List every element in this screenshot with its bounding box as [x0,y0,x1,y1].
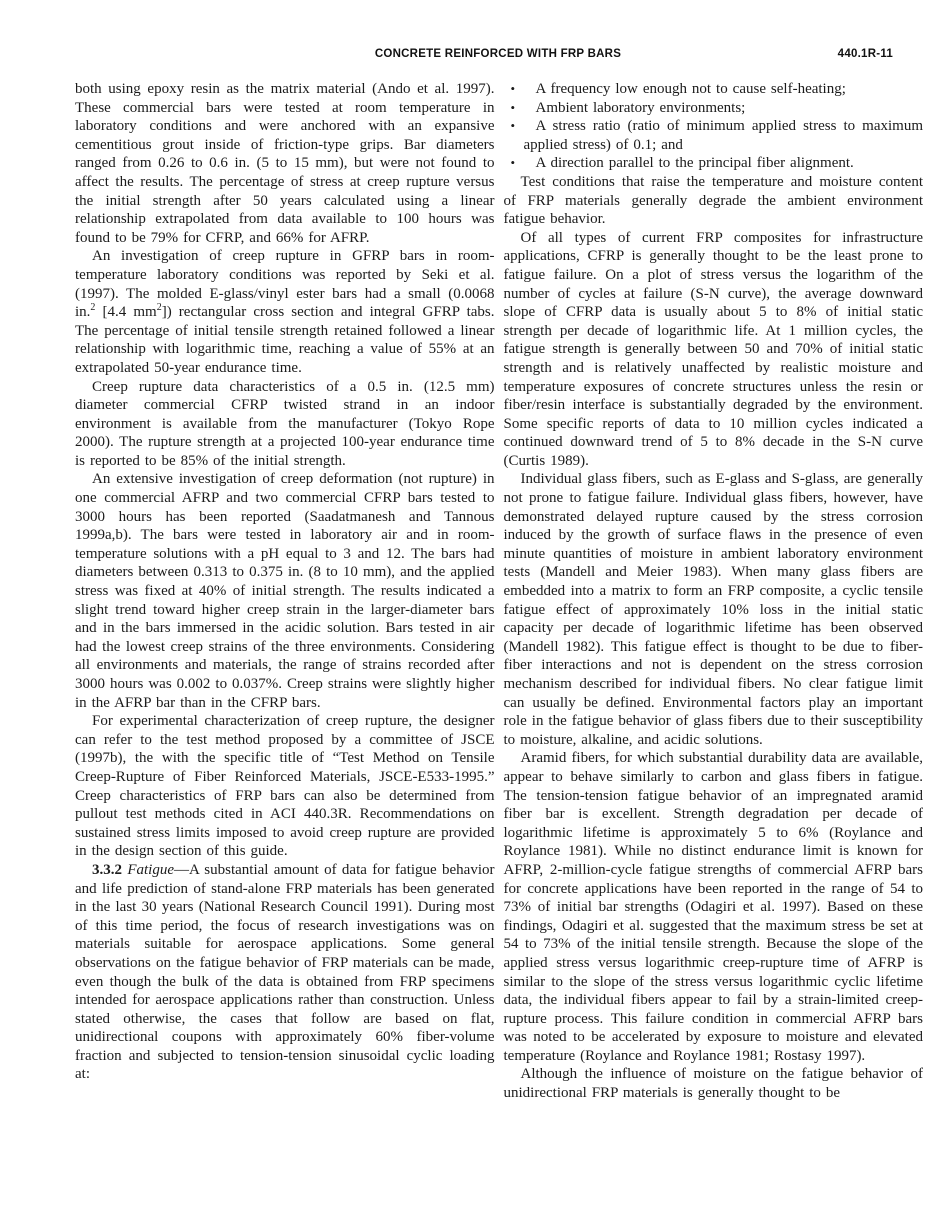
list-item-text: A stress ratio (ratio of minimum applied… [524,118,924,153]
left-column: both using epoxy resin as the matrix mat… [75,80,495,1103]
paragraph-cfrp-twisted-strand: Creep rupture data characteristics of a … [75,378,495,471]
list-item-text: A frequency low enough not to cause self… [536,81,846,97]
paragraph-cfrp-fatigue: Of all types of current FRP composites f… [504,229,924,471]
list-item: •A stress ratio (ratio of minimum applie… [504,117,924,154]
paragraph-moisture-influence: Although the influence of moisture on th… [504,1065,924,1102]
list-item-text: A direction parallel to the principal fi… [536,155,854,171]
paragraph-creep-deformation-study: An extensive investigation of creep defo… [75,470,495,712]
list-item: •A frequency low enough not to cause sel… [504,80,924,99]
document-page: CONCRETE REINFORCED WITH FRP BARS 440.1R… [0,0,940,1216]
bullet-icon: • [511,99,516,118]
bullet-icon: • [511,117,516,136]
paragraph-fatigue-section: 3.3.2 Fatigue—A substantial amount of da… [75,861,495,1084]
paragraph-jsce-test-method: For experimental characterization of cre… [75,712,495,861]
paragraph-creep-rupture-continued: both using epoxy resin as the matrix mat… [75,80,495,247]
bullet-icon: • [511,80,516,99]
section-number: 3.3.2 [92,862,122,878]
paragraph-aramid-fiber-fatigue: Aramid fibers, for which substantial dur… [504,749,924,1065]
page-body: both using epoxy resin as the matrix mat… [75,80,923,1103]
paragraph-glass-fiber-fatigue: Individual glass fibers, such as E-glass… [504,470,924,749]
running-head-title: CONCRETE REINFORCED WITH FRP BARS [75,48,921,60]
page-number: 440.1R-11 [838,48,893,60]
bullet-icon: • [511,154,516,173]
paragraph-gfrp-creep-investigation: An investigation of creep rupture in GFR… [75,247,495,377]
list-item: •Ambient laboratory environments; [504,99,924,118]
right-column: •A frequency low enough not to cause sel… [504,80,924,1103]
section-title: Fatigue [127,862,174,878]
text-segment: [4.4 mm [95,304,156,320]
paragraph-test-conditions: Test conditions that raise the temperatu… [504,173,924,229]
page-header: CONCRETE REINFORCED WITH FRP BARS 440.1R… [75,48,921,64]
list-item-text: Ambient laboratory environments; [536,100,746,116]
list-item: •A direction parallel to the principal f… [504,154,924,173]
text-segment: —A substantial amount of data for fatigu… [75,862,495,1083]
test-conditions-list: •A frequency low enough not to cause sel… [504,80,924,173]
